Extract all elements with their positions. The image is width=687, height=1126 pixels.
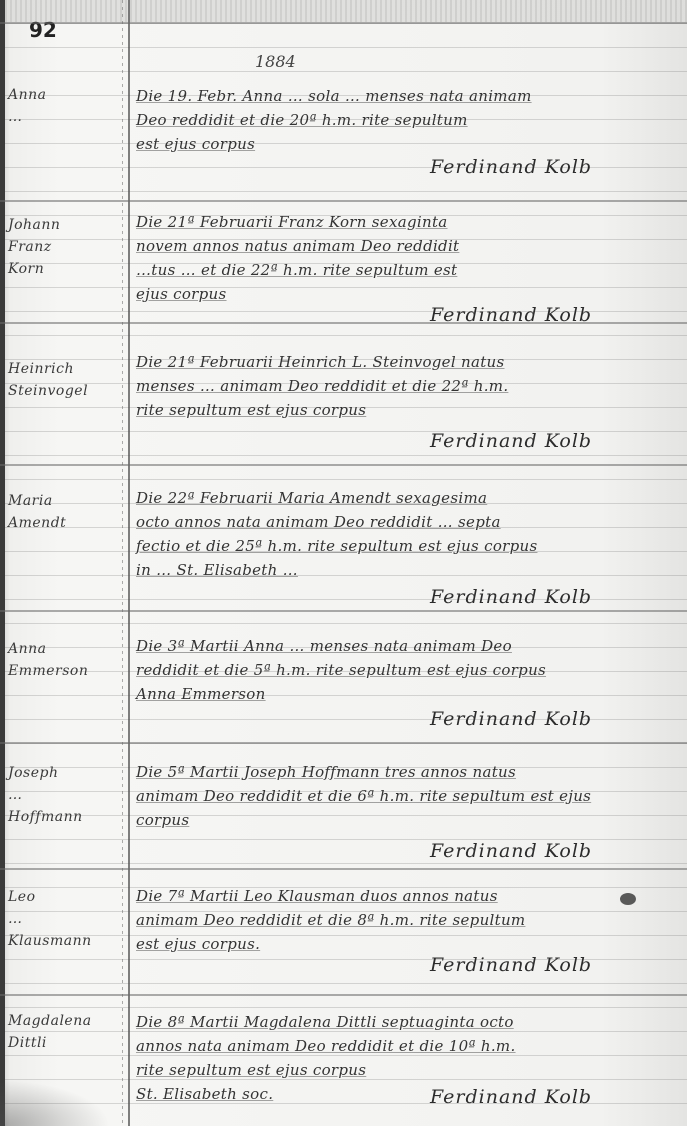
entry-line: fectio et die 25ª h.m. rite sepultum est… xyxy=(136,534,656,558)
entry-line: est ejus corpus. xyxy=(136,932,656,956)
register-page: 92 1884 Anna … Die 19. Febr. Anna … sola… xyxy=(0,0,687,1126)
entry-text: Die 3ª Martii Anna … menses nata animam … xyxy=(136,634,656,706)
rule xyxy=(0,200,687,202)
entry-line: rite sepultum est ejus corpus xyxy=(136,1058,656,1082)
entry-line: Deo reddidit et die 20ª h.m. rite sepult… xyxy=(136,108,656,132)
entry-line: Die 5ª Martii Joseph Hoffmann tres annos… xyxy=(136,760,656,784)
entry-signature: Ferdinand Kolb xyxy=(430,954,670,976)
entry-line: …tus … et die 22ª h.m. rite sepultum est xyxy=(136,258,656,282)
entry-text: Die 22ª Februarii Maria Amendt sexagesim… xyxy=(136,486,656,582)
entry-text: Die 5ª Martii Joseph Hoffmann tres annos… xyxy=(136,760,656,832)
entry-line: Die 22ª Februarii Maria Amendt sexagesim… xyxy=(136,486,656,510)
entry-margin-name: Maria Amendt xyxy=(8,490,120,534)
rule xyxy=(0,610,687,612)
entry-text: Die 21ª Februarii Franz Korn sexaginta n… xyxy=(136,210,656,306)
entry-signature: Ferdinand Kolb xyxy=(430,430,670,452)
entry-line: Die 21ª Februarii Franz Korn sexaginta xyxy=(136,210,656,234)
entry-text: Die 19. Febr. Anna … sola … menses nata … xyxy=(136,84,656,156)
entry-line: est ejus corpus xyxy=(136,132,656,156)
column-divider-dashed xyxy=(122,0,123,1126)
entry-line: Die 7ª Martii Leo Klausman duos annos na… xyxy=(136,884,656,908)
scan-left-edge xyxy=(0,0,5,1126)
entry-margin-name: Joseph … Hoffmann xyxy=(8,762,120,828)
entry-margin-name: Anna … xyxy=(8,84,120,128)
entry-line: animam Deo reddidit et die 8ª h.m. rite … xyxy=(136,908,656,932)
scan-top-band xyxy=(0,0,687,22)
rule xyxy=(0,868,687,870)
entry-line: menses … animam Deo reddidit et die 22ª … xyxy=(136,374,656,398)
scan-shadow xyxy=(0,1080,110,1126)
entry-margin-name: Anna Emmerson xyxy=(8,638,120,682)
rule xyxy=(0,742,687,744)
entry-line: animam Deo reddidit et die 6ª h.m. rite … xyxy=(136,784,656,808)
entry-margin-name: Leo … Klausmann xyxy=(8,886,120,952)
entry-line: in … St. Elisabeth … xyxy=(136,558,656,582)
entry-line: reddidit et die 5ª h.m. rite sepultum es… xyxy=(136,658,656,682)
entry-signature: Ferdinand Kolb xyxy=(430,1086,670,1108)
entry-line: Die 8ª Martii Magdalena Dittli septuagin… xyxy=(136,1010,656,1034)
entry-line: Die 3ª Martii Anna … menses nata animam … xyxy=(136,634,656,658)
entry-signature: Ferdinand Kolb xyxy=(430,586,670,608)
entry-line: annos nata animam Deo reddidit et die 10… xyxy=(136,1034,656,1058)
entry-line: octo annos nata animam Deo reddidit … se… xyxy=(136,510,656,534)
entry-margin-name: Heinrich Steinvogel xyxy=(8,358,120,402)
entry-line: novem annos natus animam Deo reddidit xyxy=(136,234,656,258)
ink-blot xyxy=(620,893,636,905)
entry-margin-name: Johann Franz Korn xyxy=(8,214,120,280)
entry-line: ejus corpus xyxy=(136,282,656,306)
entry-text: Die 7ª Martii Leo Klausman duos annos na… xyxy=(136,884,656,956)
rule xyxy=(0,994,687,996)
entry-signature: Ferdinand Kolb xyxy=(430,708,670,730)
entry-line: Anna Emmerson xyxy=(136,682,656,706)
entry-line: rite sepultum est ejus corpus xyxy=(136,398,656,422)
entry-signature: Ferdinand Kolb xyxy=(430,156,670,178)
entry-line: Die 21ª Februarii Heinrich L. Steinvogel… xyxy=(136,350,656,374)
entry-line: corpus xyxy=(136,808,656,832)
column-divider xyxy=(128,0,130,1126)
rule xyxy=(0,22,687,24)
entry-signature: Ferdinand Kolb xyxy=(430,840,670,862)
entry-margin-name: Magdalena Dittli xyxy=(8,1010,120,1054)
entry-text: Die 21ª Februarii Heinrich L. Steinvogel… xyxy=(136,350,656,422)
entry-line: Die 19. Febr. Anna … sola … menses nata … xyxy=(136,84,656,108)
year-heading: 1884 xyxy=(255,52,296,71)
rule xyxy=(0,464,687,466)
entry-signature: Ferdinand Kolb xyxy=(430,304,670,326)
